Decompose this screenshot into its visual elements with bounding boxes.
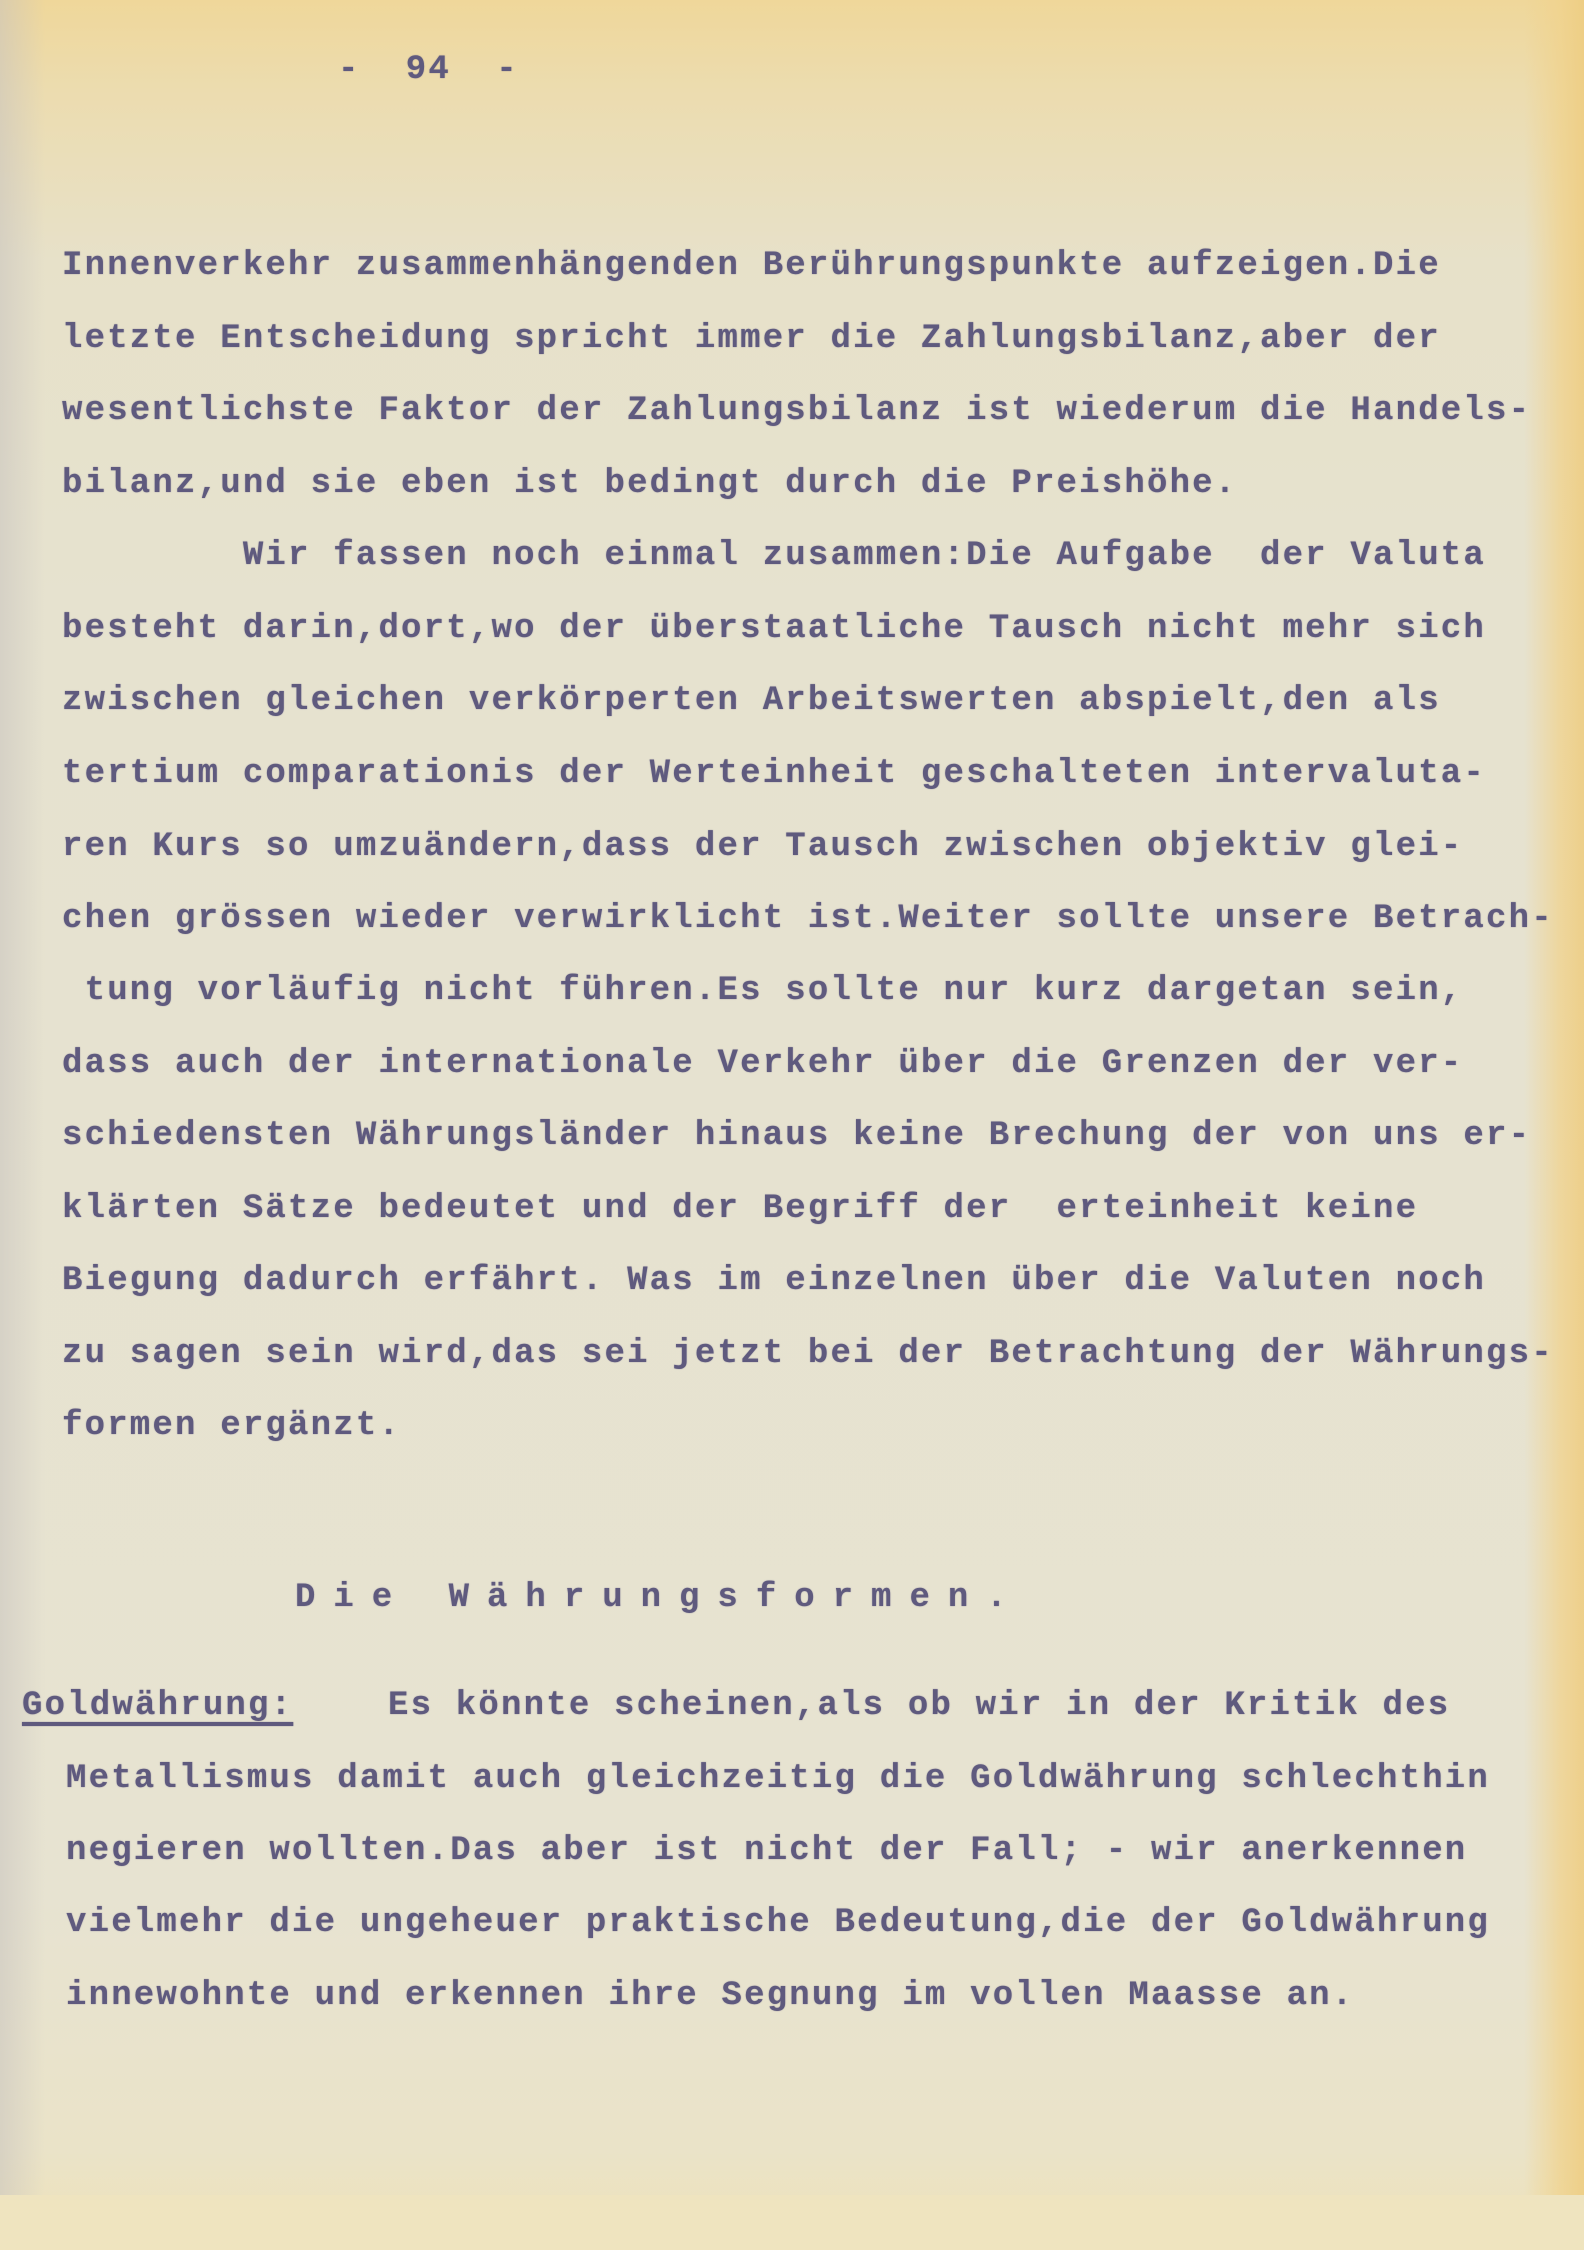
text-line: dass auch der internationale Verkehr übe… (62, 1044, 1463, 1084)
text-line: zwischen gleichen verkörperten Arbeitswe… (62, 681, 1441, 721)
text-line: Innenverkehr zusammenhängenden Berührung… (62, 246, 1441, 286)
section-heading: Die Währungsformen. (295, 1578, 1025, 1618)
page-number: - 94 - (338, 50, 519, 90)
text-line: negieren wollten.Das aber ist nicht der … (66, 1831, 1467, 1871)
text-line: ren Kurs so umzuändern,dass der Tausch z… (62, 827, 1463, 867)
text-line: formen ergänzt. (62, 1406, 401, 1446)
text-line: innewohnte und erkennen ihre Segnung im … (66, 1976, 1354, 2016)
typewritten-page: - 94 - Innenverkehr zusammenhängenden Be… (0, 0, 1584, 2250)
text-line: klärten Sätze bedeutet und der Begriff d… (62, 1189, 1418, 1229)
text-line: zu sagen sein wird,das sei jetzt bei der… (62, 1334, 1554, 1374)
text-line: Wir fassen noch einmal zusammen:Die Aufg… (62, 536, 1486, 576)
subsection-label: Goldwährung: (22, 1686, 293, 1726)
text-line: tung vorläufig nicht führen.Es sollte nu… (62, 971, 1463, 1011)
text-line: vielmehr die ungeheuer praktische Bedeut… (66, 1903, 1490, 1943)
text-line: wesentlichste Faktor der Zahlungsbilanz … (62, 391, 1531, 431)
text-line: Biegung dadurch erfährt. Was im einzelne… (62, 1261, 1486, 1301)
text-line: letzte Entscheidung spricht immer die Za… (62, 319, 1441, 359)
text-line: Metallismus damit auch gleichzeitig die … (66, 1759, 1490, 1799)
page-left-shadow (0, 0, 45, 2250)
page-bottom-edge (0, 2195, 1584, 2250)
text-line: besteht darin,dort,wo der überstaatliche… (62, 609, 1486, 649)
text-line: chen grössen wieder verwirklicht ist.Wei… (62, 899, 1554, 939)
text-line: schiedensten Währungsländer hinaus keine… (62, 1116, 1531, 1156)
text-line: Es könnte scheinen,als ob wir in der Kri… (388, 1686, 1450, 1726)
page-right-yellowing (1524, 0, 1584, 2250)
text-line: tertium comparationis der Werteinheit ge… (62, 754, 1486, 794)
text-line: bilanz,und sie eben ist bedingt durch di… (62, 464, 1237, 504)
